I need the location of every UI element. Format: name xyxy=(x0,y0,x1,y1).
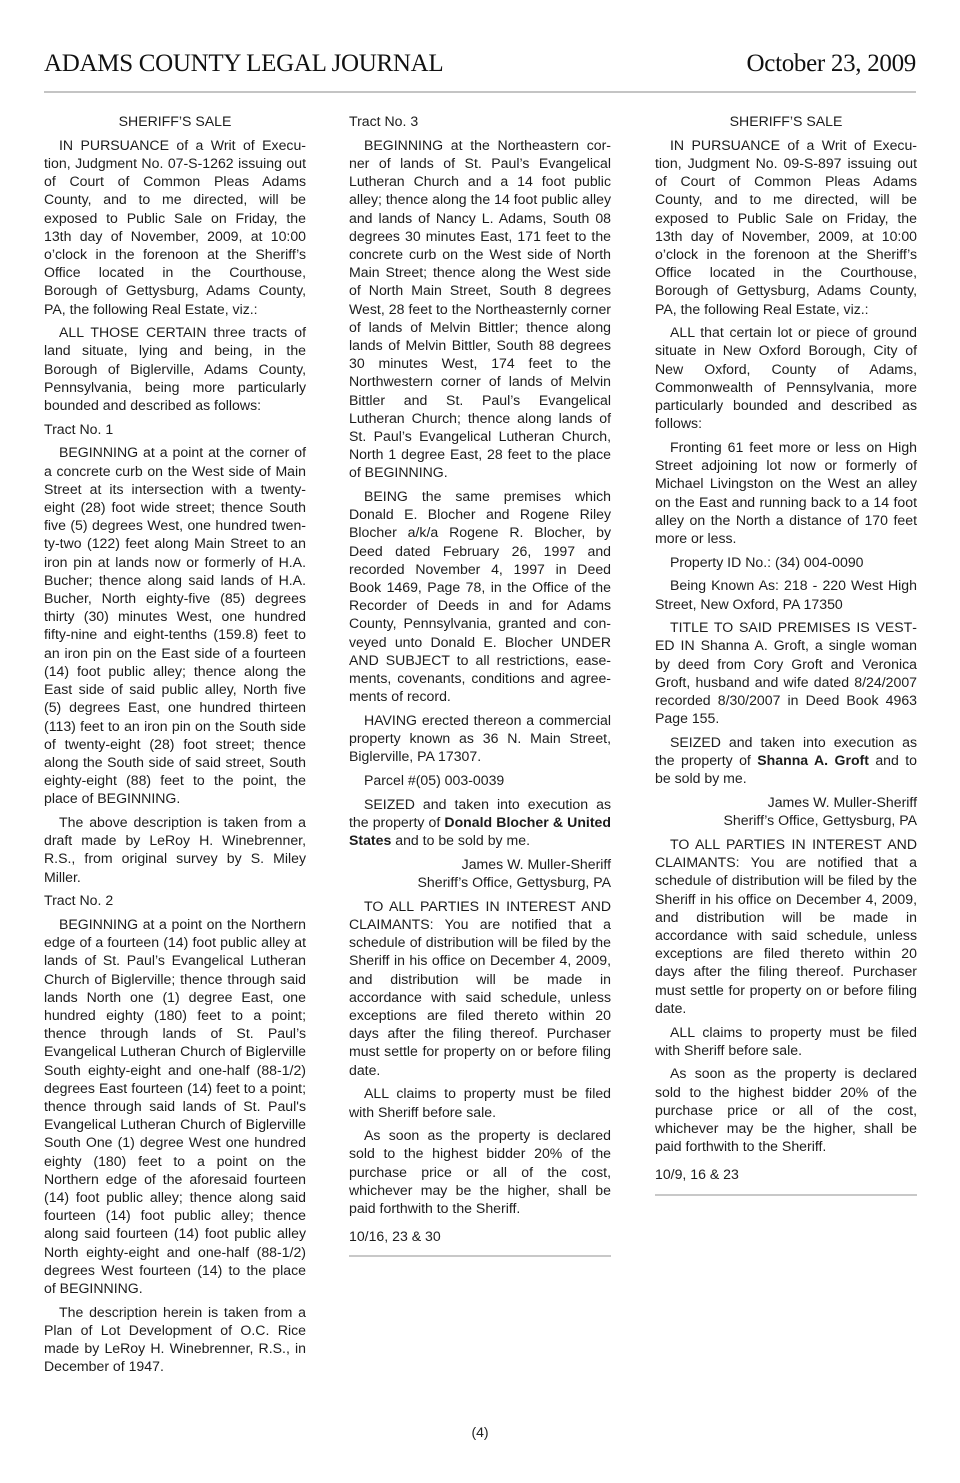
fronting-paragraph: Fronting 61 feet more or less on High St… xyxy=(655,438,917,547)
payment-notice: As soon as the property is declared sold… xyxy=(349,1126,611,1217)
tract-description: BEGINNING at the Northeastern cor­ner of… xyxy=(349,136,611,482)
signature-block: James W. Muller-Sheriff Sheriff’s Office… xyxy=(655,793,917,829)
claims-notice: ALL claims to property must be filed wit… xyxy=(655,1023,917,1059)
notice-heading: SHERIFF’S SALE xyxy=(44,112,306,130)
page-number: (4) xyxy=(0,1424,960,1440)
pursuance-paragraph: IN PURSUANCE of a Writ of Execu­tion, Ju… xyxy=(44,136,306,318)
tract-description: BEGINNING at a point on the Northern edg… xyxy=(44,915,306,1297)
tract-label: Tract No. 2 xyxy=(44,891,306,909)
issue-date: October 23, 2009 xyxy=(747,50,916,78)
sheriff-office: Sheriff’s Office, Gettysburg, PA xyxy=(655,811,917,829)
having-paragraph: HAVING erected thereon a commer­cial pro… xyxy=(349,711,611,766)
tract-source: The above description is taken from a dr… xyxy=(44,813,306,886)
column-1: SHERIFF’S SALE IN PURSUANCE of a Writ of… xyxy=(44,112,306,1381)
property-owner: Shanna A. Groft xyxy=(757,752,869,768)
masthead-divider xyxy=(44,91,916,93)
signature-block: James W. Muller-Sheriff Sheriff’s Office… xyxy=(349,855,611,891)
column-3: SHERIFF’S SALE IN PURSUANCE of a Writ of… xyxy=(655,112,917,1196)
column-2: Tract No. 3 BEGINNING at the Northeaster… xyxy=(349,112,611,1257)
tract-description: BEGINNING at a point at the corner of a … xyxy=(44,443,306,807)
notice-end-divider xyxy=(655,1194,917,1196)
seized-paragraph: SEIZED and taken into execution as the p… xyxy=(349,795,611,850)
sheriff-name: James W. Muller-Sheriff xyxy=(655,793,917,811)
intro-paragraph: ALL THOSE CERTAIN three tracts of land s… xyxy=(44,323,306,414)
run-dates: 10/9, 16 & 23 xyxy=(655,1165,917,1183)
tract-source: The description herein is taken from a P… xyxy=(44,1303,306,1376)
notice-heading: SHERIFF’S SALE xyxy=(655,112,917,130)
publication-title: ADAMS COUNTY LEGAL JOURNAL xyxy=(44,50,443,78)
sheriff-name: James W. Muller-Sheriff xyxy=(349,855,611,873)
seized-text: and to be sold by me. xyxy=(391,832,530,848)
parties-notice: TO ALL PARTIES IN INTEREST AND CLAIMANTS… xyxy=(655,835,917,1017)
run-dates: 10/16, 23 & 30 xyxy=(349,1227,611,1245)
known-as: Being Known As: 218 - 220 West High Stre… xyxy=(655,576,917,612)
tract-label: Tract No. 3 xyxy=(349,112,611,130)
seized-paragraph: SEIZED and taken into execution as the p… xyxy=(655,733,917,788)
parcel-number: Parcel #(05) 003-0039 xyxy=(349,771,611,789)
being-paragraph: BEING the same premises which Donald E. … xyxy=(349,487,611,705)
notice-end-divider xyxy=(349,1255,611,1257)
intro-paragraph: ALL that certain lot or piece of ground … xyxy=(655,323,917,432)
tract-label: Tract No. 1 xyxy=(44,420,306,438)
payment-notice: As soon as the property is declared sold… xyxy=(655,1064,917,1155)
claims-notice: ALL claims to property must be filed wit… xyxy=(349,1084,611,1120)
sheriff-office: Sheriff’s Office, Gettysburg, PA xyxy=(349,873,611,891)
parties-notice: TO ALL PARTIES IN INTEREST AND CLAIMANTS… xyxy=(349,897,611,1079)
pursuance-paragraph: IN PURSUANCE of a Writ of Execu­tion, Ju… xyxy=(655,136,917,318)
property-id: Property ID No.: (34) 004-0090 xyxy=(655,553,917,571)
title-paragraph: TITLE TO SAID PREMISES IS VEST­ED IN Sha… xyxy=(655,618,917,727)
